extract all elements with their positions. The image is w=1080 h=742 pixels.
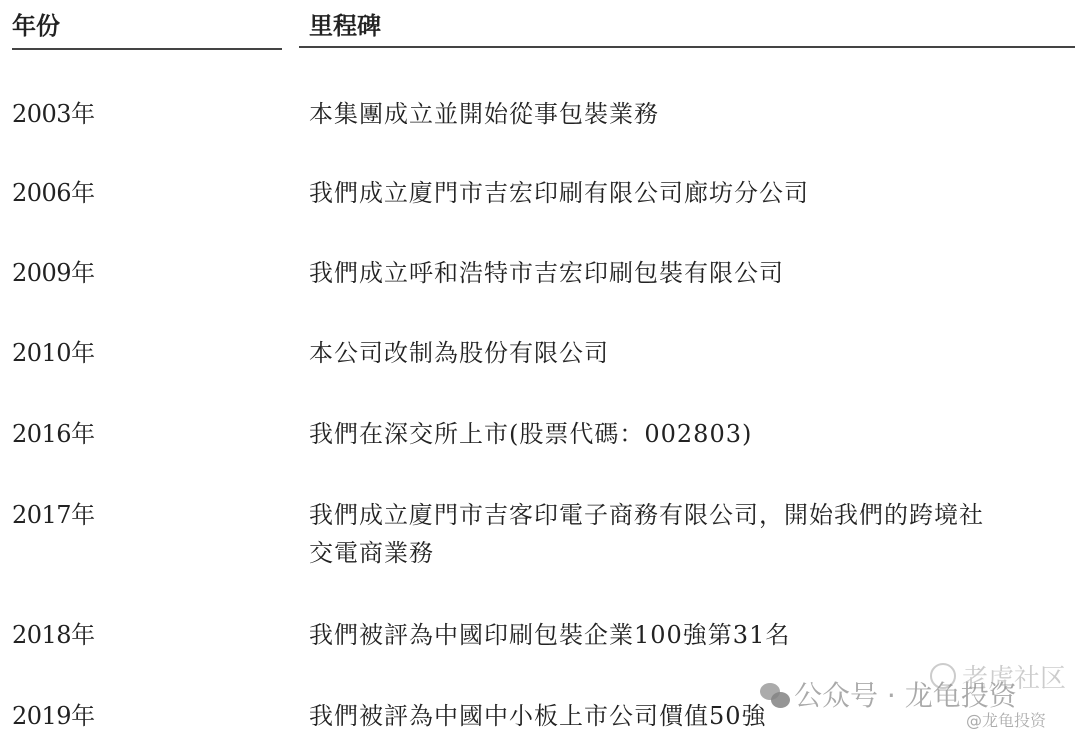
tiger-logo-icon	[930, 663, 956, 689]
watermark-top: 老虎社区	[930, 658, 1066, 695]
row-year: 2017年	[12, 496, 95, 534]
row-year: 2006年	[12, 174, 95, 212]
row-year: 2003年	[12, 95, 95, 133]
row-milestone: 我們成立廈門市吉客印電子商務有限公司，開始我們的跨境社	[309, 496, 1079, 534]
table-header: 年份 里程碑	[0, 8, 1080, 50]
watermark-top-text: 老虎社区	[962, 664, 1066, 694]
header-milestone: 里程碑	[299, 8, 1075, 48]
row-milestone: 本公司改制為股份有限公司	[309, 334, 1079, 372]
row-milestone-continued: 交電商業務	[309, 534, 1079, 572]
row-year: 2016年	[12, 415, 95, 453]
row-milestone: 我們成立廈門市吉宏印刷有限公司廊坊分公司	[309, 174, 1079, 212]
header-year: 年份	[12, 8, 282, 50]
row-year: 2010年	[12, 334, 95, 372]
row-year: 2009年	[12, 254, 95, 292]
row-milestone: 我們被評為中國中小板上市公司價值50強	[309, 697, 1079, 735]
row-year: 2018年	[12, 616, 95, 654]
row-milestone: 本集團成立並開始從事包裝業務	[309, 95, 1079, 133]
row-milestone: 我們被評為中國印刷包裝企業100強第31名	[309, 616, 1079, 654]
row-year: 2019年	[12, 697, 95, 735]
row-milestone: 我們成立呼和浩特市吉宏印刷包裝有限公司	[309, 254, 1079, 292]
row-milestone: 我們在深交所上市(股票代碼：002803)	[309, 415, 1079, 453]
